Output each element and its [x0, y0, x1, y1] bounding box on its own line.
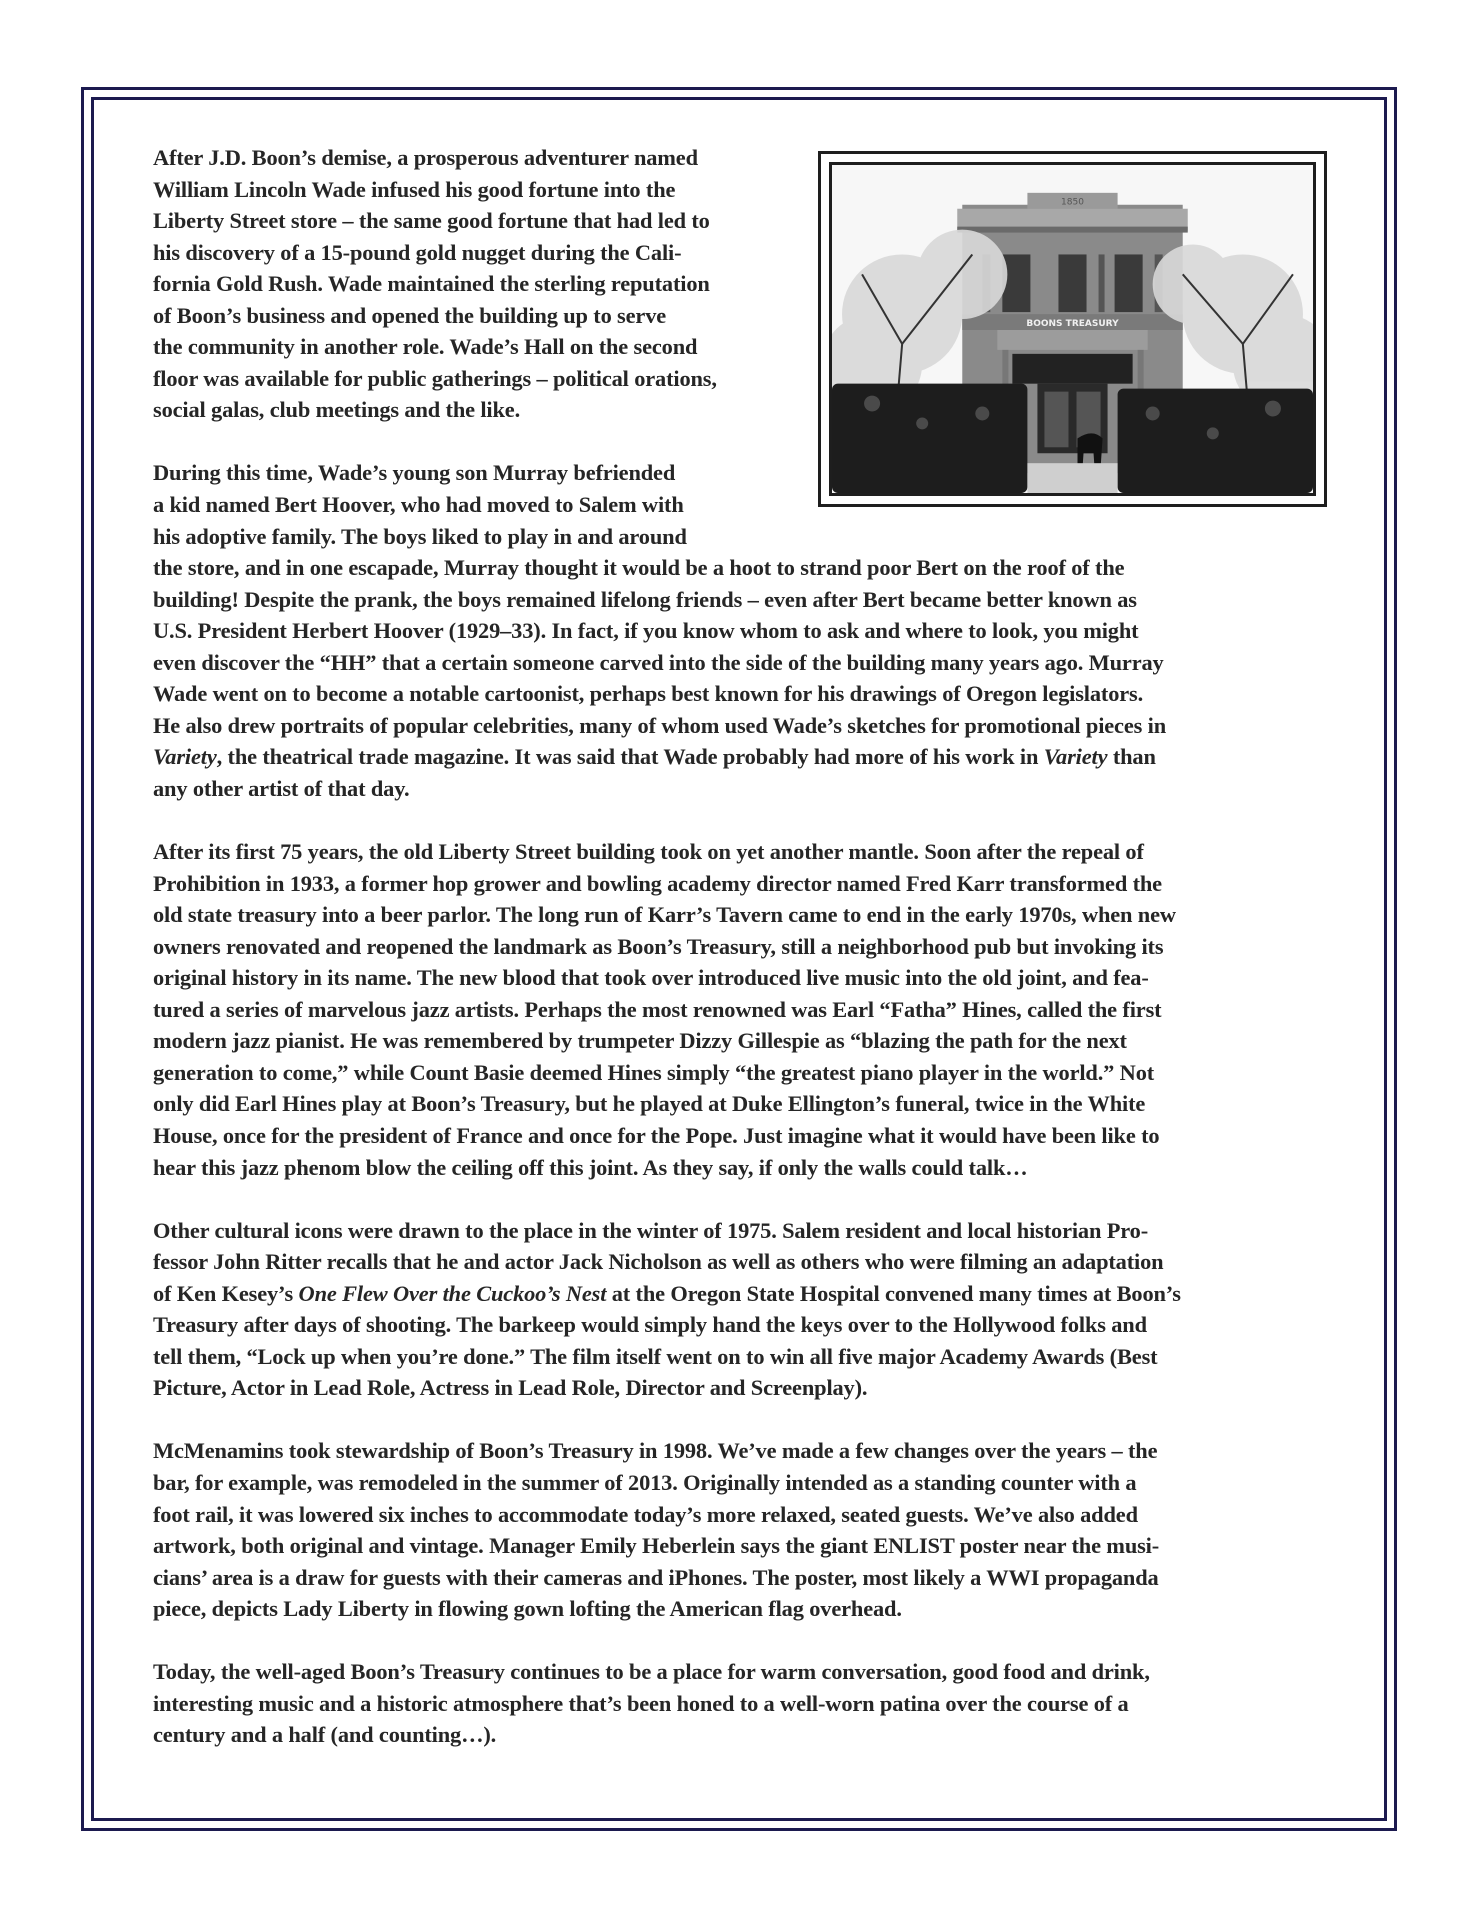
text-run: at the Oregon State Hospital convened ma… [606, 1281, 1181, 1306]
text-line: He also drew portraits of popular celebr… [153, 710, 1338, 742]
article-body: After J.D. Boon’s demise, a prosperous a… [153, 142, 1338, 1782]
text-line: Treasury after days of shooting. The bar… [153, 1309, 1338, 1341]
text-line: After J.D. Boon’s demise, a prosperous a… [153, 142, 1338, 174]
text-line: a kid named Bert Hoover, who had moved t… [153, 489, 1338, 521]
text-line: the community in another role. Wade’s Ha… [153, 331, 1338, 363]
text-line: fessor John Ritter recalls that he and a… [153, 1246, 1338, 1278]
text-run: than [1107, 744, 1155, 769]
text-line: his adoptive family. The boys liked to p… [153, 521, 1338, 553]
text-line: of Boon’s business and opened the buildi… [153, 300, 1338, 332]
text-line: bar, for example, was remodeled in the s… [153, 1467, 1338, 1499]
paragraph-3: After its first 75 years, the old Libert… [153, 836, 1338, 1183]
text-line: Prohibition in 1933, a former hop grower… [153, 868, 1338, 900]
text-line: Picture, Actor in Lead Role, Actress in … [153, 1372, 1338, 1404]
text-line: U.S. President Herbert Hoover (1929–33).… [153, 615, 1338, 647]
text-line: floor was available for public gathering… [153, 363, 1338, 395]
paragraph-1: After J.D. Boon’s demise, a prosperous a… [153, 142, 1338, 426]
text-line: any other artist of that day. [153, 773, 1338, 805]
text-line: Liberty Street store – the same good for… [153, 205, 1338, 237]
text-line: tured a series of marvelous jazz artists… [153, 994, 1338, 1026]
text-line: his discovery of a 15-pound gold nugget … [153, 237, 1338, 269]
text-line: generation to come,” while Count Basie d… [153, 1057, 1338, 1089]
text-line: William Lincoln Wade infused his good fo… [153, 174, 1338, 206]
text-line: hear this jazz phenom blow the ceiling o… [153, 1152, 1338, 1184]
text-run: of Ken Kesey’s [153, 1281, 299, 1306]
text-line: House, once for the president of France … [153, 1120, 1338, 1152]
text-line: piece, depicts Lady Liberty in flowing g… [153, 1593, 1338, 1625]
text-line: old state treasury into a beer parlor. T… [153, 899, 1338, 931]
text-line: cians’ area is a draw for guests with th… [153, 1562, 1338, 1594]
paragraph-5: McMenamins took stewardship of Boon’s Tr… [153, 1435, 1338, 1624]
text-line: even discover the “HH” that a certain so… [153, 647, 1338, 679]
text-line: social galas, club meetings and the like… [153, 394, 1338, 426]
text-line: original history in its name. The new bl… [153, 962, 1338, 994]
text-line: tell them, “Lock up when you’re done.” T… [153, 1341, 1338, 1373]
text-line: building! Despite the prank, the boys re… [153, 584, 1338, 616]
text-line: artwork, both original and vintage. Mana… [153, 1530, 1338, 1562]
magazine-title: Variety [1044, 744, 1108, 769]
text-line: century and a half (and counting…). [153, 1719, 1338, 1751]
text-line: During this time, Wade’s young son Murra… [153, 457, 1338, 489]
text-line: After its first 75 years, the old Libert… [153, 836, 1338, 868]
text-line: owners renovated and reopened the landma… [153, 931, 1338, 963]
text-line: of Ken Kesey’s One Flew Over the Cuckoo’… [153, 1278, 1338, 1310]
text-line: Wade went on to become a notable cartoon… [153, 678, 1338, 710]
text-line: fornia Gold Rush. Wade maintained the st… [153, 268, 1338, 300]
text-line: the store, and in one escapade, Murray t… [153, 552, 1338, 584]
film-title: One Flew Over the Cuckoo’s Nest [299, 1281, 607, 1306]
text-line: Variety, the theatrical trade magazine. … [153, 741, 1338, 773]
paragraph-6: Today, the well-aged Boon’s Treasury con… [153, 1656, 1338, 1751]
paragraph-4: Other cultural icons were drawn to the p… [153, 1215, 1338, 1404]
text-line: only did Earl Hines play at Boon’s Treas… [153, 1088, 1338, 1120]
text-run: , the theatrical trade magazine. It was … [217, 744, 1044, 769]
text-line: Today, the well-aged Boon’s Treasury con… [153, 1656, 1338, 1688]
text-line: interesting music and a historic atmosph… [153, 1688, 1338, 1720]
text-line: McMenamins took stewardship of Boon’s Tr… [153, 1435, 1338, 1467]
text-line: foot rail, it was lowered six inches to … [153, 1499, 1338, 1531]
paragraph-2: During this time, Wade’s young son Murra… [153, 457, 1338, 804]
magazine-title: Variety [153, 744, 217, 769]
text-line: Other cultural icons were drawn to the p… [153, 1215, 1338, 1247]
text-line: modern jazz pianist. He was remembered b… [153, 1025, 1338, 1057]
